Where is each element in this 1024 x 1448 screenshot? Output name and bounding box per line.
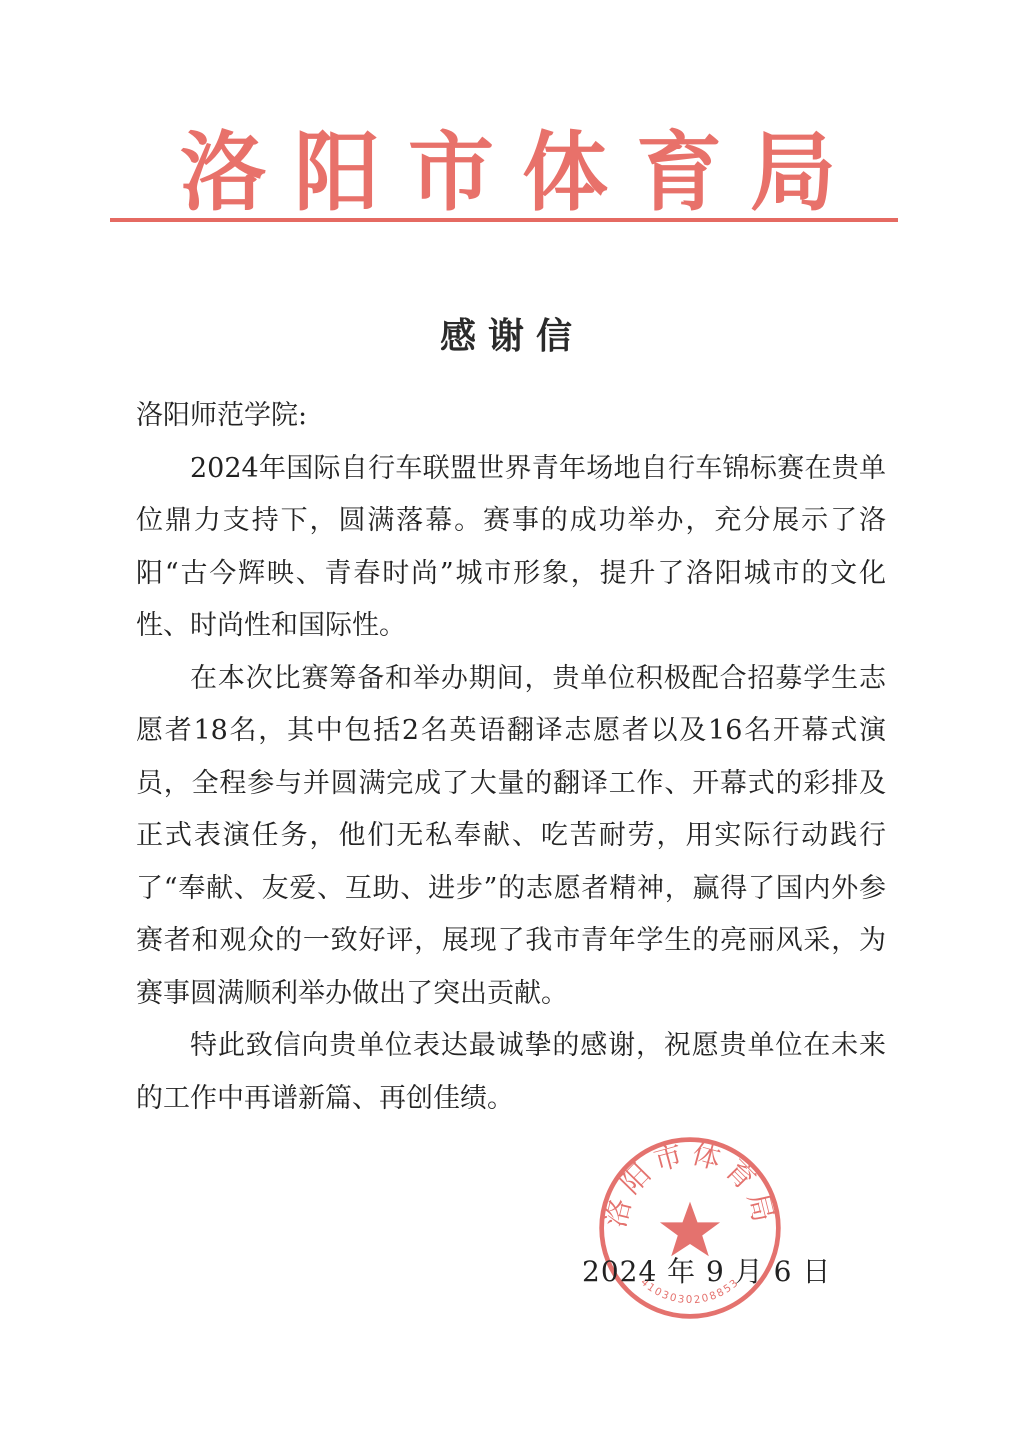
paragraph-1: 2024年国际自行车联盟世界青年场地自行车锦标赛在贵单位鼎力支持下，圆满落幕。赛… — [136, 443, 886, 653]
official-seal: 洛阳市体育局 4103030208853 — [596, 1134, 784, 1322]
salutation: 洛阳师范学院: — [136, 390, 886, 443]
letter-body: 洛阳师范学院: 2024年国际自行车联盟世界青年场地自行车锦标赛在贵单位鼎力支持… — [136, 390, 886, 1125]
letterhead-divider — [110, 218, 898, 222]
letter-date: 2024 年 9 月 6 日 — [582, 1250, 831, 1290]
paragraph-2: 在本次比赛筹备和举办期间，贵单位积极配合招募学生志愿者18名，其中包括2名英语翻… — [136, 653, 886, 1021]
document-title: 感谢信 — [0, 308, 1024, 359]
paragraph-3: 特此致信向贵单位表达最诚挚的感谢，祝愿贵单位在未来的工作中再谱新篇、再创佳绩。 — [136, 1020, 886, 1125]
star-icon — [660, 1202, 720, 1257]
letterhead-organization: 洛阳市体育局 — [0, 118, 1024, 228]
